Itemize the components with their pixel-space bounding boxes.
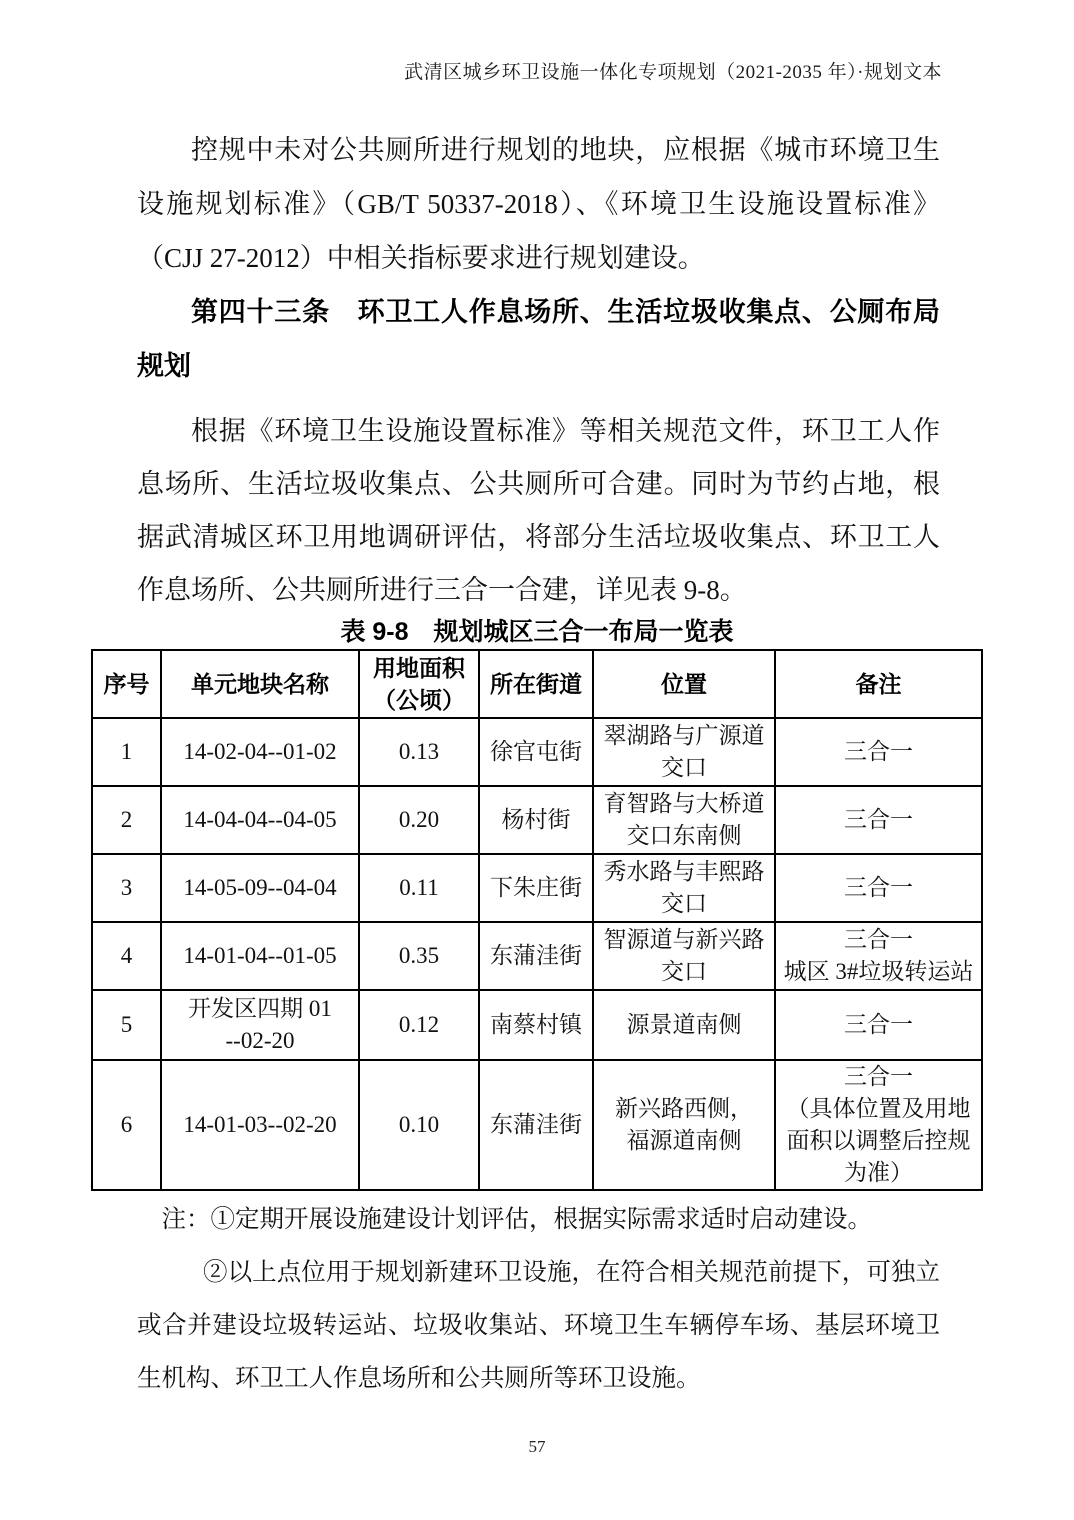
table-row: 6 14-01-03--02-20 0.10 东蒲洼街 新兴路西侧， 福源道南侧…: [92, 1060, 982, 1190]
table-row: 3 14-05-09--04-04 0.11 下朱庄街 秀水路与丰熙路 交口 三…: [92, 854, 982, 922]
header-remark: 备注: [775, 650, 982, 718]
table-notes: 注：①定期开展设施建设计划评估，根据实际需求适时启动建设。 ②以上点位用于规划新…: [0, 1193, 1074, 1405]
section-heading: 第四十三条 环卫工人作息场所、生活垃圾收集点、公厕布局规划: [137, 285, 940, 393]
header-plot-name: 单元地块名称: [161, 650, 359, 718]
cell-location: 翠湖路与广源道 交口: [593, 718, 775, 786]
document-content: 控规中未对公共厕所进行规划的地块，应根据《城市环境卫生设施规划标准》（GB/T …: [0, 123, 1074, 617]
cell-location: 育智路与大桥道 交口东南侧: [593, 786, 775, 854]
cell-plot-name: 开发区四期 01 --02-20: [161, 990, 359, 1060]
three-in-one-layout-table: 序号 单元地块名称 用地面积 （公顷） 所在街道 位置 备注 1 14-02-0…: [91, 649, 983, 1191]
paragraph-intro: 控规中未对公共厕所进行规划的地块，应根据《城市环境卫生设施规划标准》（GB/T …: [137, 123, 940, 285]
cell-area: 0.11: [359, 854, 479, 922]
cell-remark: 三合一: [775, 990, 982, 1060]
cell-location: 源景道南侧: [593, 990, 775, 1060]
header-seq: 序号: [92, 650, 161, 718]
cell-plot-name: 14-05-09--04-04: [161, 854, 359, 922]
cell-seq: 4: [92, 922, 161, 990]
cell-plot-name: 14-01-03--02-20: [161, 1060, 359, 1190]
table-row: 4 14-01-04--01-05 0.35 东蒲洼街 智源道与新兴路 交口 三…: [92, 922, 982, 990]
document-page: 武清区城乡环卫设施一体化专项规划（2021-2035 年）·规划文本 控规中未对…: [0, 0, 1074, 1520]
cell-remark: 三合一: [775, 718, 982, 786]
cell-seq: 5: [92, 990, 161, 1060]
cell-seq: 6: [92, 1060, 161, 1190]
cell-street: 南蔡村镇: [479, 990, 593, 1060]
cell-street: 下朱庄街: [479, 854, 593, 922]
cell-seq: 2: [92, 786, 161, 854]
table-header-row: 序号 单元地块名称 用地面积 （公顷） 所在街道 位置 备注: [92, 650, 982, 718]
cell-plot-name: 14-02-04--01-02: [161, 718, 359, 786]
cell-area: 0.10: [359, 1060, 479, 1190]
cell-seq: 1: [92, 718, 161, 786]
cell-plot-name: 14-01-04--01-05: [161, 922, 359, 990]
header-area: 用地面积 （公顷）: [359, 650, 479, 718]
cell-area: 0.35: [359, 922, 479, 990]
cell-street: 徐官屯街: [479, 718, 593, 786]
cell-location: 智源道与新兴路 交口: [593, 922, 775, 990]
cell-remark: 三合一: [775, 854, 982, 922]
cell-plot-name: 14-04-04--04-05: [161, 786, 359, 854]
header-location: 位置: [593, 650, 775, 718]
cell-area: 0.20: [359, 786, 479, 854]
cell-remark: 三合一 （具体位置及用地 面积以调整后控规 为准）: [775, 1060, 982, 1190]
cell-location: 秀水路与丰熙路 交口: [593, 854, 775, 922]
cell-remark: 三合一: [775, 786, 982, 854]
cell-seq: 3: [92, 854, 161, 922]
note-2: ②以上点位用于规划新建环卫设施，在符合相关规范前提下，可独立或合并建设垃圾转运站…: [137, 1246, 940, 1405]
note-1: 注：①定期开展设施建设计划评估，根据实际需求适时启动建设。: [137, 1193, 940, 1246]
header-street: 所在街道: [479, 650, 593, 718]
table-row: 2 14-04-04--04-05 0.20 杨村街 育智路与大桥道 交口东南侧…: [92, 786, 982, 854]
cell-area: 0.12: [359, 990, 479, 1060]
cell-area: 0.13: [359, 718, 479, 786]
table-row: 1 14-02-04--01-02 0.13 徐官屯街 翠湖路与广源道 交口 三…: [92, 718, 982, 786]
paragraph-basis: 根据《环境卫生设施设置标准》等相关规范文件，环卫工人作息场所、生活垃圾收集点、公…: [137, 405, 940, 617]
cell-street: 东蒲洼街: [479, 1060, 593, 1190]
cell-remark: 三合一 城区 3#垃圾转运站: [775, 922, 982, 990]
doc-header: 武清区城乡环卫设施一体化专项规划（2021-2035 年）·规划文本: [404, 61, 942, 85]
cell-street: 杨村街: [479, 786, 593, 854]
cell-location: 新兴路西侧， 福源道南侧: [593, 1060, 775, 1190]
table-row: 5 开发区四期 01 --02-20 0.12 南蔡村镇 源景道南侧 三合一: [92, 990, 982, 1060]
cell-street: 东蒲洼街: [479, 922, 593, 990]
page-number: 57: [0, 1437, 1074, 1457]
table-caption: 表 9-8 规划城区三合一布局一览表: [0, 617, 1074, 647]
